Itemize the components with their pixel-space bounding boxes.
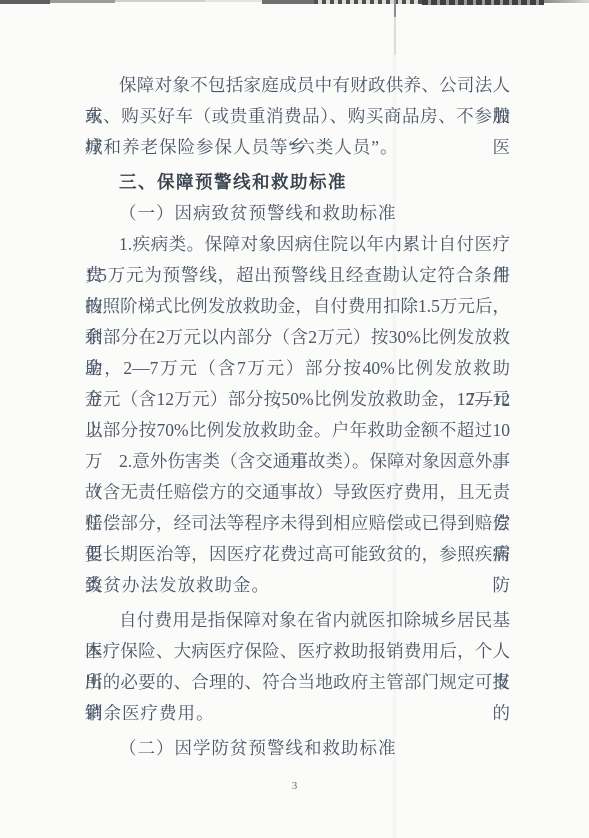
text-line: 自付费用是指保障对象在省内就医扣除城乡居民基本	[85, 605, 510, 636]
scan-artifact-vertical	[394, 0, 396, 17]
text-line: 余部分在2万元以内部分（含2万元）按30%比例发放救助	[85, 322, 510, 353]
scan-artifact-top	[544, 0, 589, 3]
text-line: 按照阶梯式比例发放救助金，自付费用扣除1.5万元后，剩	[85, 291, 510, 322]
text-line: （二）因学防贫预警线和救助标准	[85, 733, 510, 764]
scan-artifact-top	[422, 0, 544, 5]
text-line: 东、购买好车（或贵重消费品）、购买商品房、不参加城乡医	[85, 101, 510, 132]
text-line: 2.意外伤害类（含交通事故类）。保障对象因意外事故	[85, 446, 510, 477]
text-line: 上部分按70%比例发放救助金。户年救助金额不超过10万元。	[85, 415, 510, 446]
scan-artifact-top	[115, 0, 205, 2]
scan-artifact-top	[205, 0, 265, 2]
text-line: 赔偿部分，经司法等程序未得到相应赔偿或已得到赔偿但需	[85, 508, 510, 539]
text-line: 1.5万元为预警线，超出预警线且经查勘认定符合条件的，	[85, 260, 510, 291]
text-line: 医疗保险、大病医疗保险、医疗救助报销费用后，个人所支	[85, 636, 510, 667]
text-line: 出的必要的、合理的、符合当地政府主管部门规定可报销的	[85, 667, 510, 698]
text-line: 金，2—7万元（含7万元）部分按40%比例发放救助金，7—12	[85, 353, 510, 384]
text-line: （一）因病致贫预警线和救助标准	[85, 198, 510, 229]
text-line: （含无责任赔偿方的交通事故）导致医疗费用，且无责任方	[85, 477, 510, 508]
scan-artifact-top	[50, 0, 115, 3]
text-line: 要长期医治等，因医疗花费过高可能致贫的，参照疾病类防	[85, 539, 510, 570]
document-page: 保障对象不包括家庭成员中有财政供养、公司法人或股东、购买好车（或贵重消费品）、购…	[0, 0, 589, 838]
section-heading: 三、保障预警线和救助标准	[85, 167, 510, 198]
scan-artifact-vertical	[394, 17, 396, 55]
document-lines: 保障对象不包括家庭成员中有财政供养、公司法人或股东、购买好车（或贵重消费品）、购…	[85, 70, 510, 764]
page-number: 3	[0, 780, 589, 792]
scan-artifact-top	[0, 0, 50, 4]
scan-artifact-top	[262, 0, 314, 4]
text-line: 1.疾病类。保障对象因病住院以年内累计自付医疗费用	[85, 229, 510, 260]
text-line: 保障对象不包括家庭成员中有财政供养、公司法人或股	[85, 70, 510, 101]
text-line: 万元（含12万元）部分按50%比例发放救助金，12万元以	[85, 384, 510, 415]
